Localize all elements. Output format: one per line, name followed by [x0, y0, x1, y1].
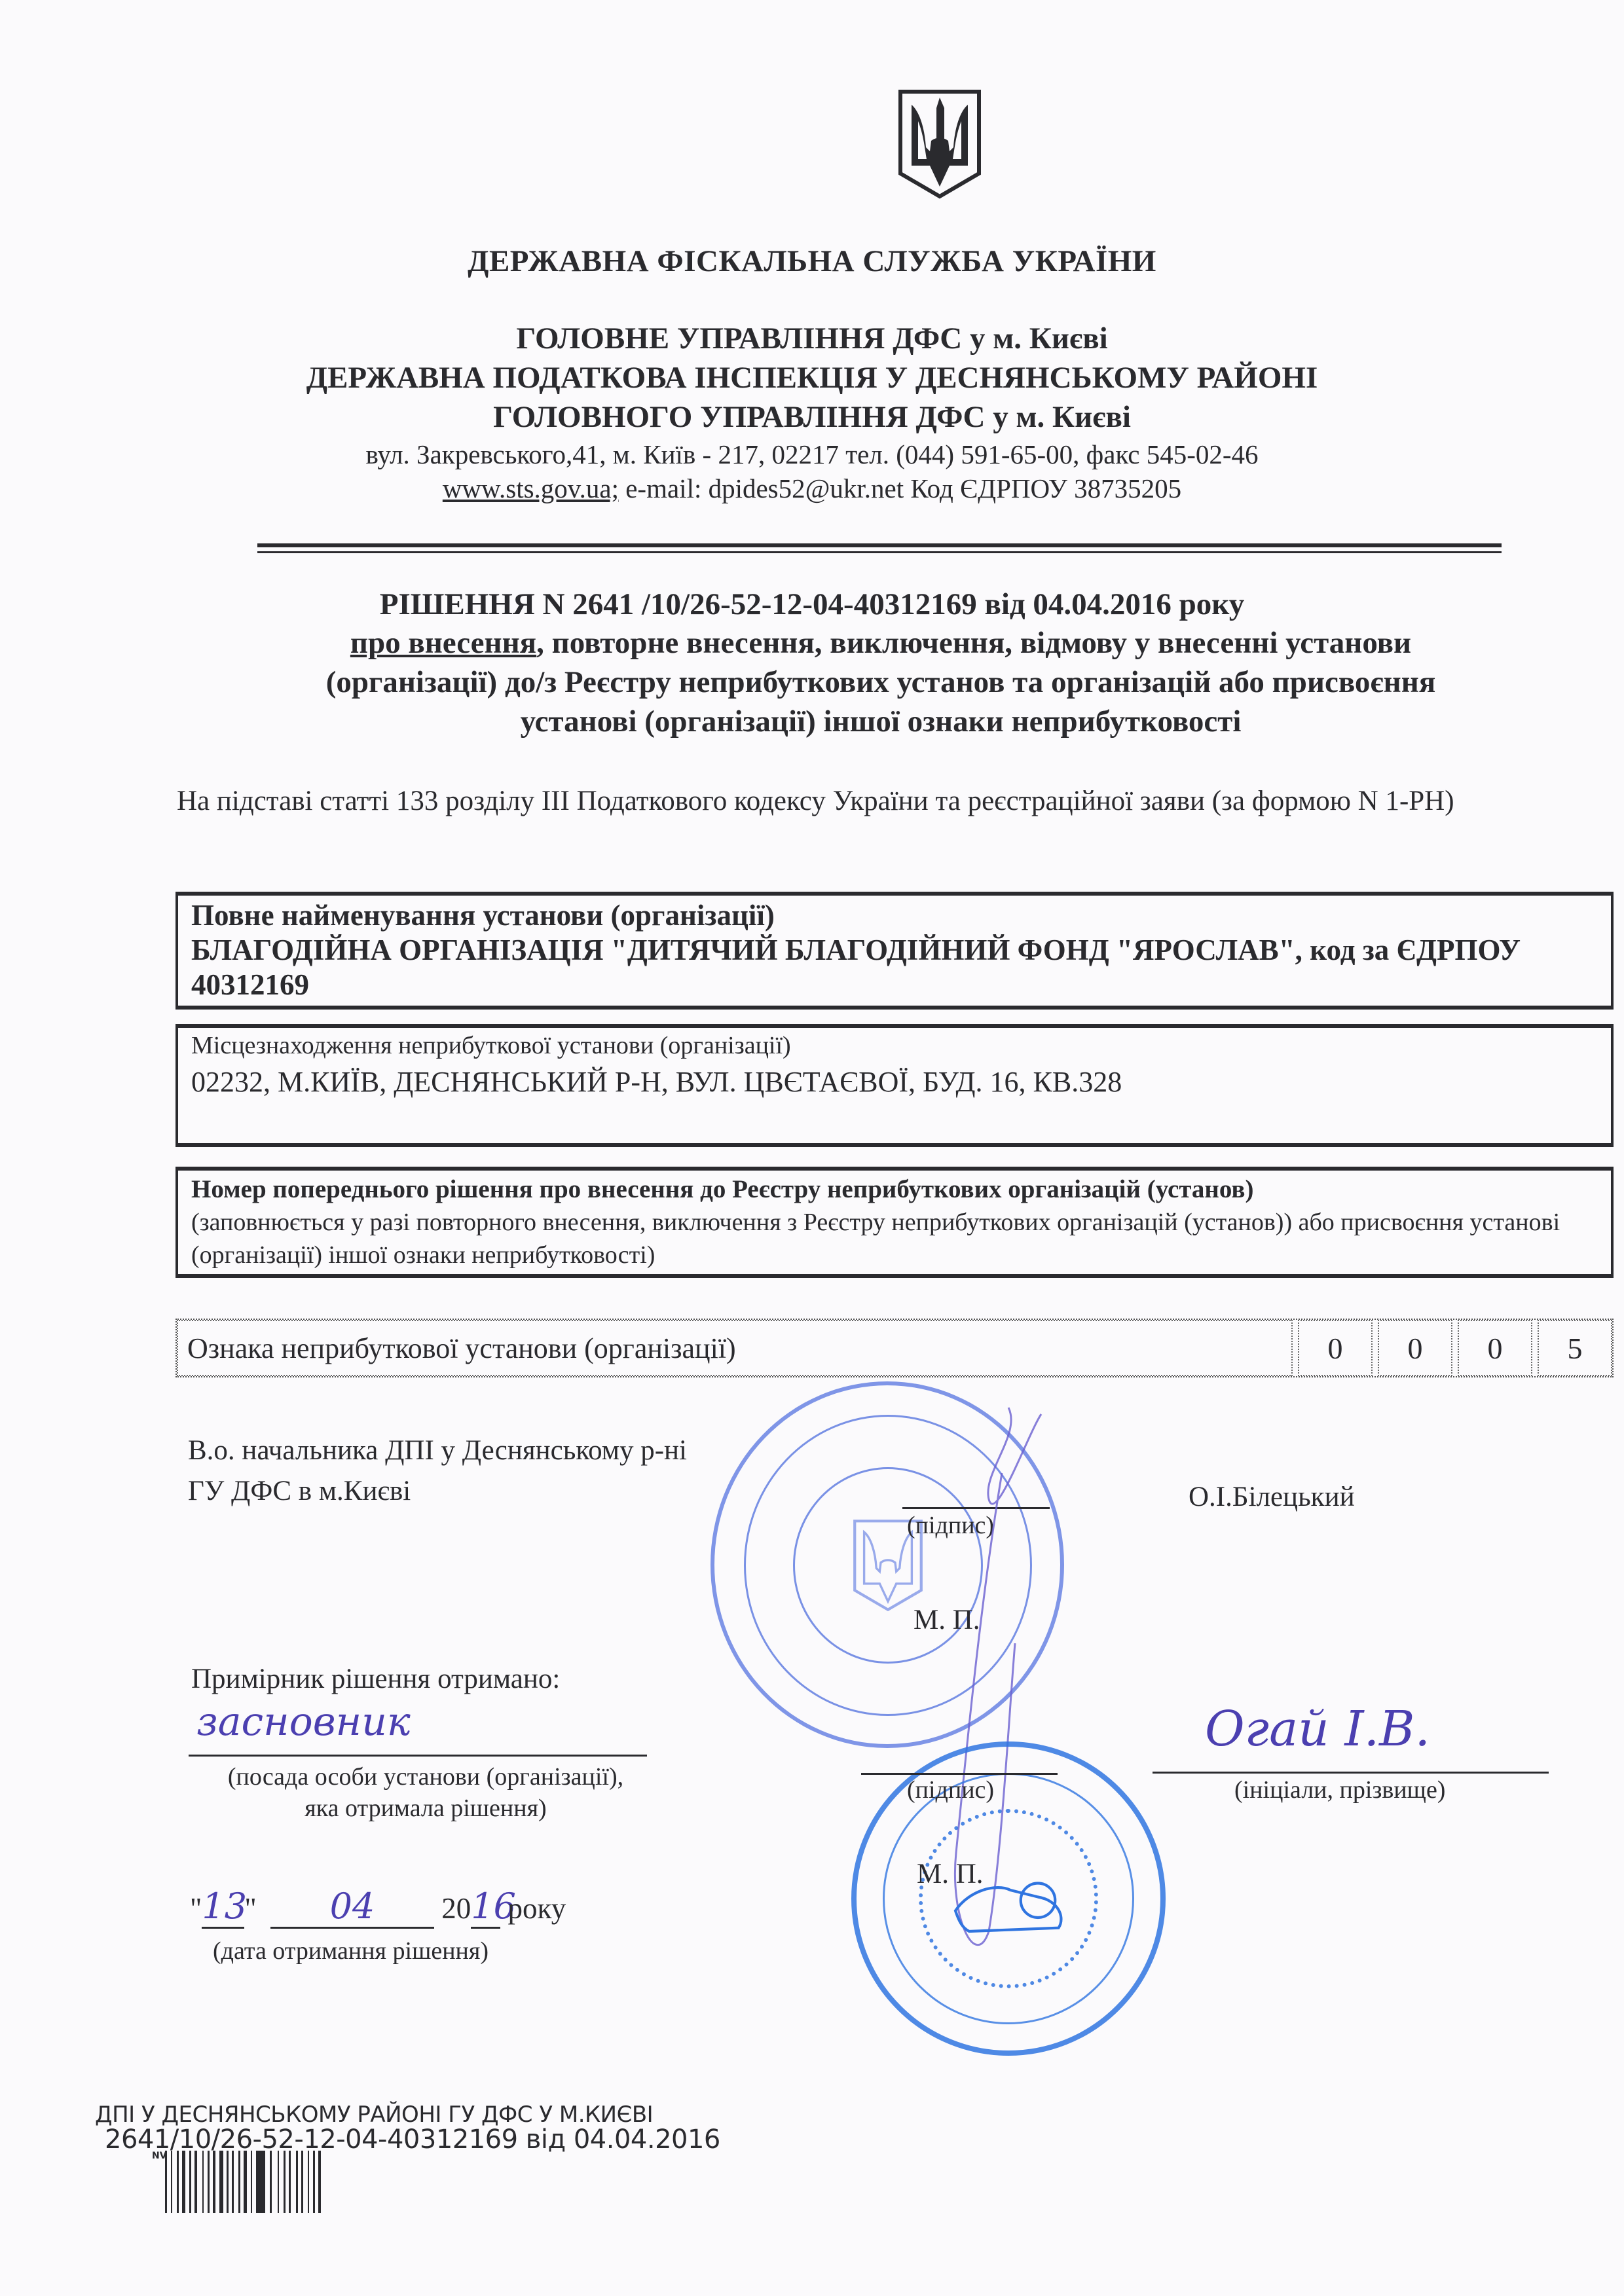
date-year-suffix: 16 — [471, 1886, 500, 1929]
head-position: В.о. начальника ДПІ у Деснянському р-ні … — [188, 1430, 687, 1512]
nonprofit-sign-digit: 5 — [1538, 1320, 1612, 1376]
inspection-title: ДЕРЖАВНА ПОДАТКОВА ІНСПЕКЦІЯ У ДЕСНЯНСЬК… — [0, 360, 1624, 395]
recipient-signature-caption: (підпис) — [907, 1776, 994, 1804]
office-address: вул. Закревського,41, м. Київ - 217, 022… — [0, 439, 1624, 470]
header-divider-thin — [257, 551, 1502, 553]
barcode-office-text: ДПІ У ДЕСНЯНСЬКОМУ РАЙОНІ ГУ ДФС У М.КИЄ… — [95, 2102, 653, 2128]
head-position-line1: В.о. начальника ДПІ у Деснянському р-ні — [188, 1430, 687, 1471]
previous-decision-label: Номер попереднього рішення про внесення … — [191, 1173, 1598, 1206]
recipient-name-caption: (ініціали, прізвище) — [1234, 1776, 1445, 1804]
nonprofit-sign-digit: 0 — [1458, 1320, 1532, 1376]
contact-details: e-mail: dpides52@ukr.net Код ЄДРПОУ 3873… — [619, 473, 1181, 503]
recipient-position-caption-line1: (посада особи установи (організації), — [164, 1761, 688, 1793]
receipt-date: "13" 04 2016 року — [190, 1886, 566, 1929]
charity-seal-caption: М. П. — [917, 1858, 984, 1890]
date-year-prefix: 20 — [441, 1891, 471, 1925]
recipient-position-handwritten: засновник — [196, 1699, 411, 1745]
recipient-position-caption: (посада особи установи (організації), як… — [164, 1761, 688, 1824]
previous-decision-note: (заповнюється у разі повторного внесення… — [191, 1206, 1598, 1271]
date-day: 13 — [202, 1886, 244, 1929]
charity-stamp — [851, 1741, 1166, 2056]
website-link[interactable]: www.sts.gov.ua; — [443, 473, 619, 503]
agency-title: ДЕРЖАВНА ФІСКАЛЬНА СЛУЖБА УКРАЇНИ — [0, 244, 1624, 279]
nonprofit-sign-row: Ознака неприбуткової установи (організац… — [175, 1319, 1614, 1377]
full-name-label: Повне найменування установи (організації… — [191, 898, 1598, 933]
previous-decision-box: Номер попереднього рішення про внесення … — [175, 1167, 1614, 1278]
date-word: року — [508, 1891, 566, 1925]
location-value: 02232, М.КИЇВ, ДЕСНЯНСЬКИЙ Р-Н, ВУЛ. ЦВЄ… — [191, 1063, 1598, 1101]
full-name-value: БЛАГОДІЙНА ОРГАНІЗАЦІЯ "ДИТЯЧИЙ БЛАГОДІЙ… — [191, 933, 1598, 1002]
head-name: О.І.Білецький — [1189, 1481, 1355, 1513]
decision-title: РІШЕННЯ N 2641 /10/26-52-12-04-40312169 … — [0, 587, 1624, 622]
decision-subject-selected: про внесення — [350, 626, 536, 660]
decision-subject: про внесення, повторне внесення, виключе… — [288, 623, 1473, 741]
copy-received-label: Примірник рішення отримано: — [191, 1663, 560, 1695]
date-open-quote: " — [190, 1891, 202, 1925]
date-month: 04 — [270, 1886, 434, 1929]
barcode — [165, 2151, 321, 2213]
main-office-title: ГОЛОВНЕ УПРАВЛІННЯ ДФС у м. Києві — [0, 321, 1624, 356]
office-contacts: www.sts.gov.ua; e-mail: dpides52@ukr.net… — [0, 473, 1624, 504]
recipient-position-caption-line2: яка отримала рішення) — [164, 1793, 688, 1824]
header-divider-thick — [257, 543, 1502, 547]
head-position-line2: ГУ ДФС в м.Києві — [188, 1471, 687, 1512]
inspection-parent-title: ГОЛОВНОГО УПРАВЛІННЯ ДФС у м. Києві — [0, 399, 1624, 435]
recipient-position-line — [189, 1755, 647, 1757]
legal-basis: На підставі статті 133 розділу ІІІ Подат… — [177, 780, 1591, 822]
recipient-name-handwritten: Огай І.В. — [1205, 1701, 1430, 1757]
location-box: Місцезнаходження неприбуткової установи … — [175, 1024, 1614, 1147]
recipient-name-line — [1153, 1772, 1549, 1774]
nonprofit-sign-digit: 0 — [1298, 1320, 1373, 1376]
recipient-signature-line — [861, 1773, 1058, 1775]
location-label: Місцезнаходження неприбуткової установи … — [191, 1030, 1598, 1061]
trident-coat-of-arms-icon — [897, 88, 982, 200]
date-close-quote: " — [244, 1891, 256, 1925]
receipt-date-caption: (дата отримання рішення) — [213, 1937, 489, 1965]
nonprofit-sign-label: Ознака неприбуткової установи (організац… — [177, 1320, 1293, 1376]
nonprofit-sign-digit: 0 — [1378, 1320, 1452, 1376]
full-name-box: Повне найменування установи (організації… — [175, 892, 1614, 1010]
